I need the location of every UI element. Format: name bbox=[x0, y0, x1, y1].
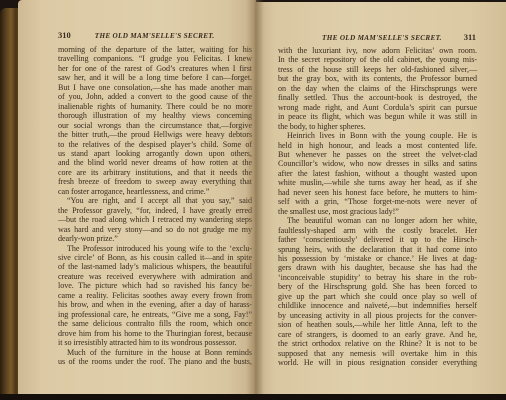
text-line: But whenever he passes on the street the… bbox=[278, 150, 477, 159]
text-line: on the day when the claims of the Hirsch… bbox=[278, 84, 477, 93]
running-title: THE OLD MAM'SELLE'S SECRET. bbox=[322, 34, 442, 42]
text-line: Heinrich lives in Bonn with the young co… bbox=[278, 131, 477, 140]
left-page-body-text: morning of the departure of the latter, … bbox=[58, 45, 252, 366]
text-line: core are its arbitrary institutions, and… bbox=[58, 168, 252, 177]
text-line: But I have one consolation,—she has made… bbox=[58, 83, 252, 92]
text-line: tress of the house still keeps her old-f… bbox=[278, 65, 477, 74]
text-line: dearly-won prize.” bbox=[58, 234, 252, 243]
text-line: with the luxuriant ivy, now adorn Felici… bbox=[278, 46, 477, 55]
text-line: travelling companions. “I grudge you Fel… bbox=[58, 54, 252, 63]
left-page-header: 310 THE OLD MAM'SELLE'S SECRET. bbox=[58, 30, 252, 40]
text-line: saw her, and it will be a long time befo… bbox=[58, 73, 252, 82]
text-line: but the gray box, with its contents, the… bbox=[278, 74, 477, 83]
text-line: drove him from his home to the Thuringia… bbox=[58, 329, 252, 338]
text-line: The beautiful woman can no longer adorn … bbox=[278, 216, 477, 225]
left-page: 310 THE OLD MAM'SELLE'S SECRET. morning … bbox=[18, 0, 256, 396]
right-page: THE OLD MAM'SELLE'S SECRET. 311 with the… bbox=[254, 2, 506, 396]
text-line: had never seen his honest face before, h… bbox=[278, 188, 477, 197]
text-line: father ‘conscientiously’ delivered it up… bbox=[278, 235, 477, 244]
text-line: the smallest use, most gracious lady!” bbox=[278, 207, 477, 216]
text-line: sion of heathen souls,—while her little … bbox=[278, 320, 477, 329]
text-line: was hard and very stony—and so do not gr… bbox=[58, 225, 252, 234]
background-shadow bbox=[0, 394, 506, 400]
right-page-header: THE OLD MAM'SELLE'S SECRET. 311 bbox=[280, 32, 476, 42]
text-line: finally settled. Thus the account-book i… bbox=[278, 93, 477, 102]
text-line: faultlessly-shaped arm with the costly b… bbox=[278, 226, 477, 235]
text-line: ing professional care, he entreats, “Giv… bbox=[58, 310, 252, 319]
text-line: ‘inconceivable stupidity’ to betray his … bbox=[278, 273, 477, 282]
text-line: of the last-named lady’s malicious whisp… bbox=[58, 262, 252, 271]
text-line: can foster arrogance, heartlessness, and… bbox=[58, 187, 252, 196]
text-line: by unceasing activity in all pious proje… bbox=[278, 311, 477, 320]
text-line: in peace its flight, which was begun whi… bbox=[278, 112, 477, 121]
text-line: “You are right, and I accept all that yo… bbox=[58, 196, 252, 205]
text-line: his possession by ‘mistake or chance.’ H… bbox=[278, 254, 477, 263]
text-line: held in high honour, and leads a most co… bbox=[278, 141, 477, 150]
text-line: care of strangers, is doomed to an early… bbox=[278, 330, 477, 339]
text-line: creature was received everywhere with ad… bbox=[58, 272, 252, 281]
text-line: the Professor gravely, “for, indeed, I h… bbox=[58, 206, 252, 215]
text-line: to the relatives of the despised player’… bbox=[58, 140, 252, 149]
page-number: 310 bbox=[58, 30, 71, 40]
text-line: the bitter truth,—the proud Hellwigs wer… bbox=[58, 130, 252, 139]
text-line: his brow, and when in the evening, after… bbox=[58, 300, 252, 309]
book-page-edges bbox=[0, 8, 20, 396]
running-title: THE OLD MAM'SELLE'S SECRET. bbox=[95, 32, 215, 40]
text-line: Councillor’s widow, who now dresses in s… bbox=[278, 159, 477, 168]
text-line: love. The picture which had so ravished … bbox=[58, 281, 252, 290]
page-number: 311 bbox=[464, 32, 476, 42]
right-page-body-text: with the luxuriant ivy, now adorn Felici… bbox=[278, 46, 477, 367]
text-line: her for one of the rarest of God’s creat… bbox=[58, 64, 252, 73]
text-line: sprung heirs, with the declaration that … bbox=[278, 245, 477, 254]
text-line: world. He will in pious resignation cons… bbox=[278, 358, 477, 367]
text-line: The Professor introduced his young wife … bbox=[58, 244, 252, 253]
text-line: self with a grin, “Those forget-me-nots … bbox=[278, 197, 477, 206]
text-line: inalienable rights of humanity. There co… bbox=[58, 102, 252, 111]
text-line: morning of the departure of the latter, … bbox=[58, 45, 252, 54]
text-line: white muslin,—while she turns away her h… bbox=[278, 178, 477, 187]
text-line: wrong made right, and Aunt Cordula’s spi… bbox=[278, 103, 477, 112]
text-line: and the blind world never dreams of how … bbox=[58, 158, 252, 167]
text-line: it so irresistibly attracted him to its … bbox=[58, 338, 252, 347]
text-line: thorough illustration of my healthy view… bbox=[58, 111, 252, 120]
text-line: us stand apart looking arrogantly down u… bbox=[58, 149, 252, 158]
text-line: the body, to higher spheres. bbox=[278, 122, 477, 131]
text-line: bery of the Hirschsprung gold. She has b… bbox=[278, 282, 477, 291]
text-line: supposed that any nemesis will overtake … bbox=[278, 349, 477, 358]
text-line: our social wrongs than the circumstance … bbox=[58, 121, 252, 130]
text-line: gers drawn with his daughter, because sh… bbox=[278, 263, 477, 272]
text-line: Much of the furniture in the house at Bo… bbox=[58, 348, 252, 357]
text-line: after the latest fashion, without a thou… bbox=[278, 169, 477, 178]
text-line: —but the road along which I retraced my … bbox=[58, 215, 252, 224]
text-line: In the secret repository of the old cabi… bbox=[278, 55, 477, 64]
text-line: the strict orthodox relative on the Rhin… bbox=[278, 339, 477, 348]
text-line: sive circle’ of Bonn, as his cousin call… bbox=[58, 253, 252, 262]
text-line: of you, John, added a convert to the goo… bbox=[58, 92, 252, 101]
text-line: fresh breeze of freedom to sweep away ev… bbox=[58, 177, 252, 186]
text-line: us of the rooms under the roof. The pian… bbox=[58, 357, 252, 366]
text-line: give up the part which she could once pl… bbox=[278, 292, 477, 301]
text-line: the same delicious contralto fills the r… bbox=[58, 319, 252, 328]
text-line: came a reality. Felicitas soothes away e… bbox=[58, 291, 252, 300]
text-line: childlike innocence and naïveté,—but ind… bbox=[278, 301, 477, 310]
